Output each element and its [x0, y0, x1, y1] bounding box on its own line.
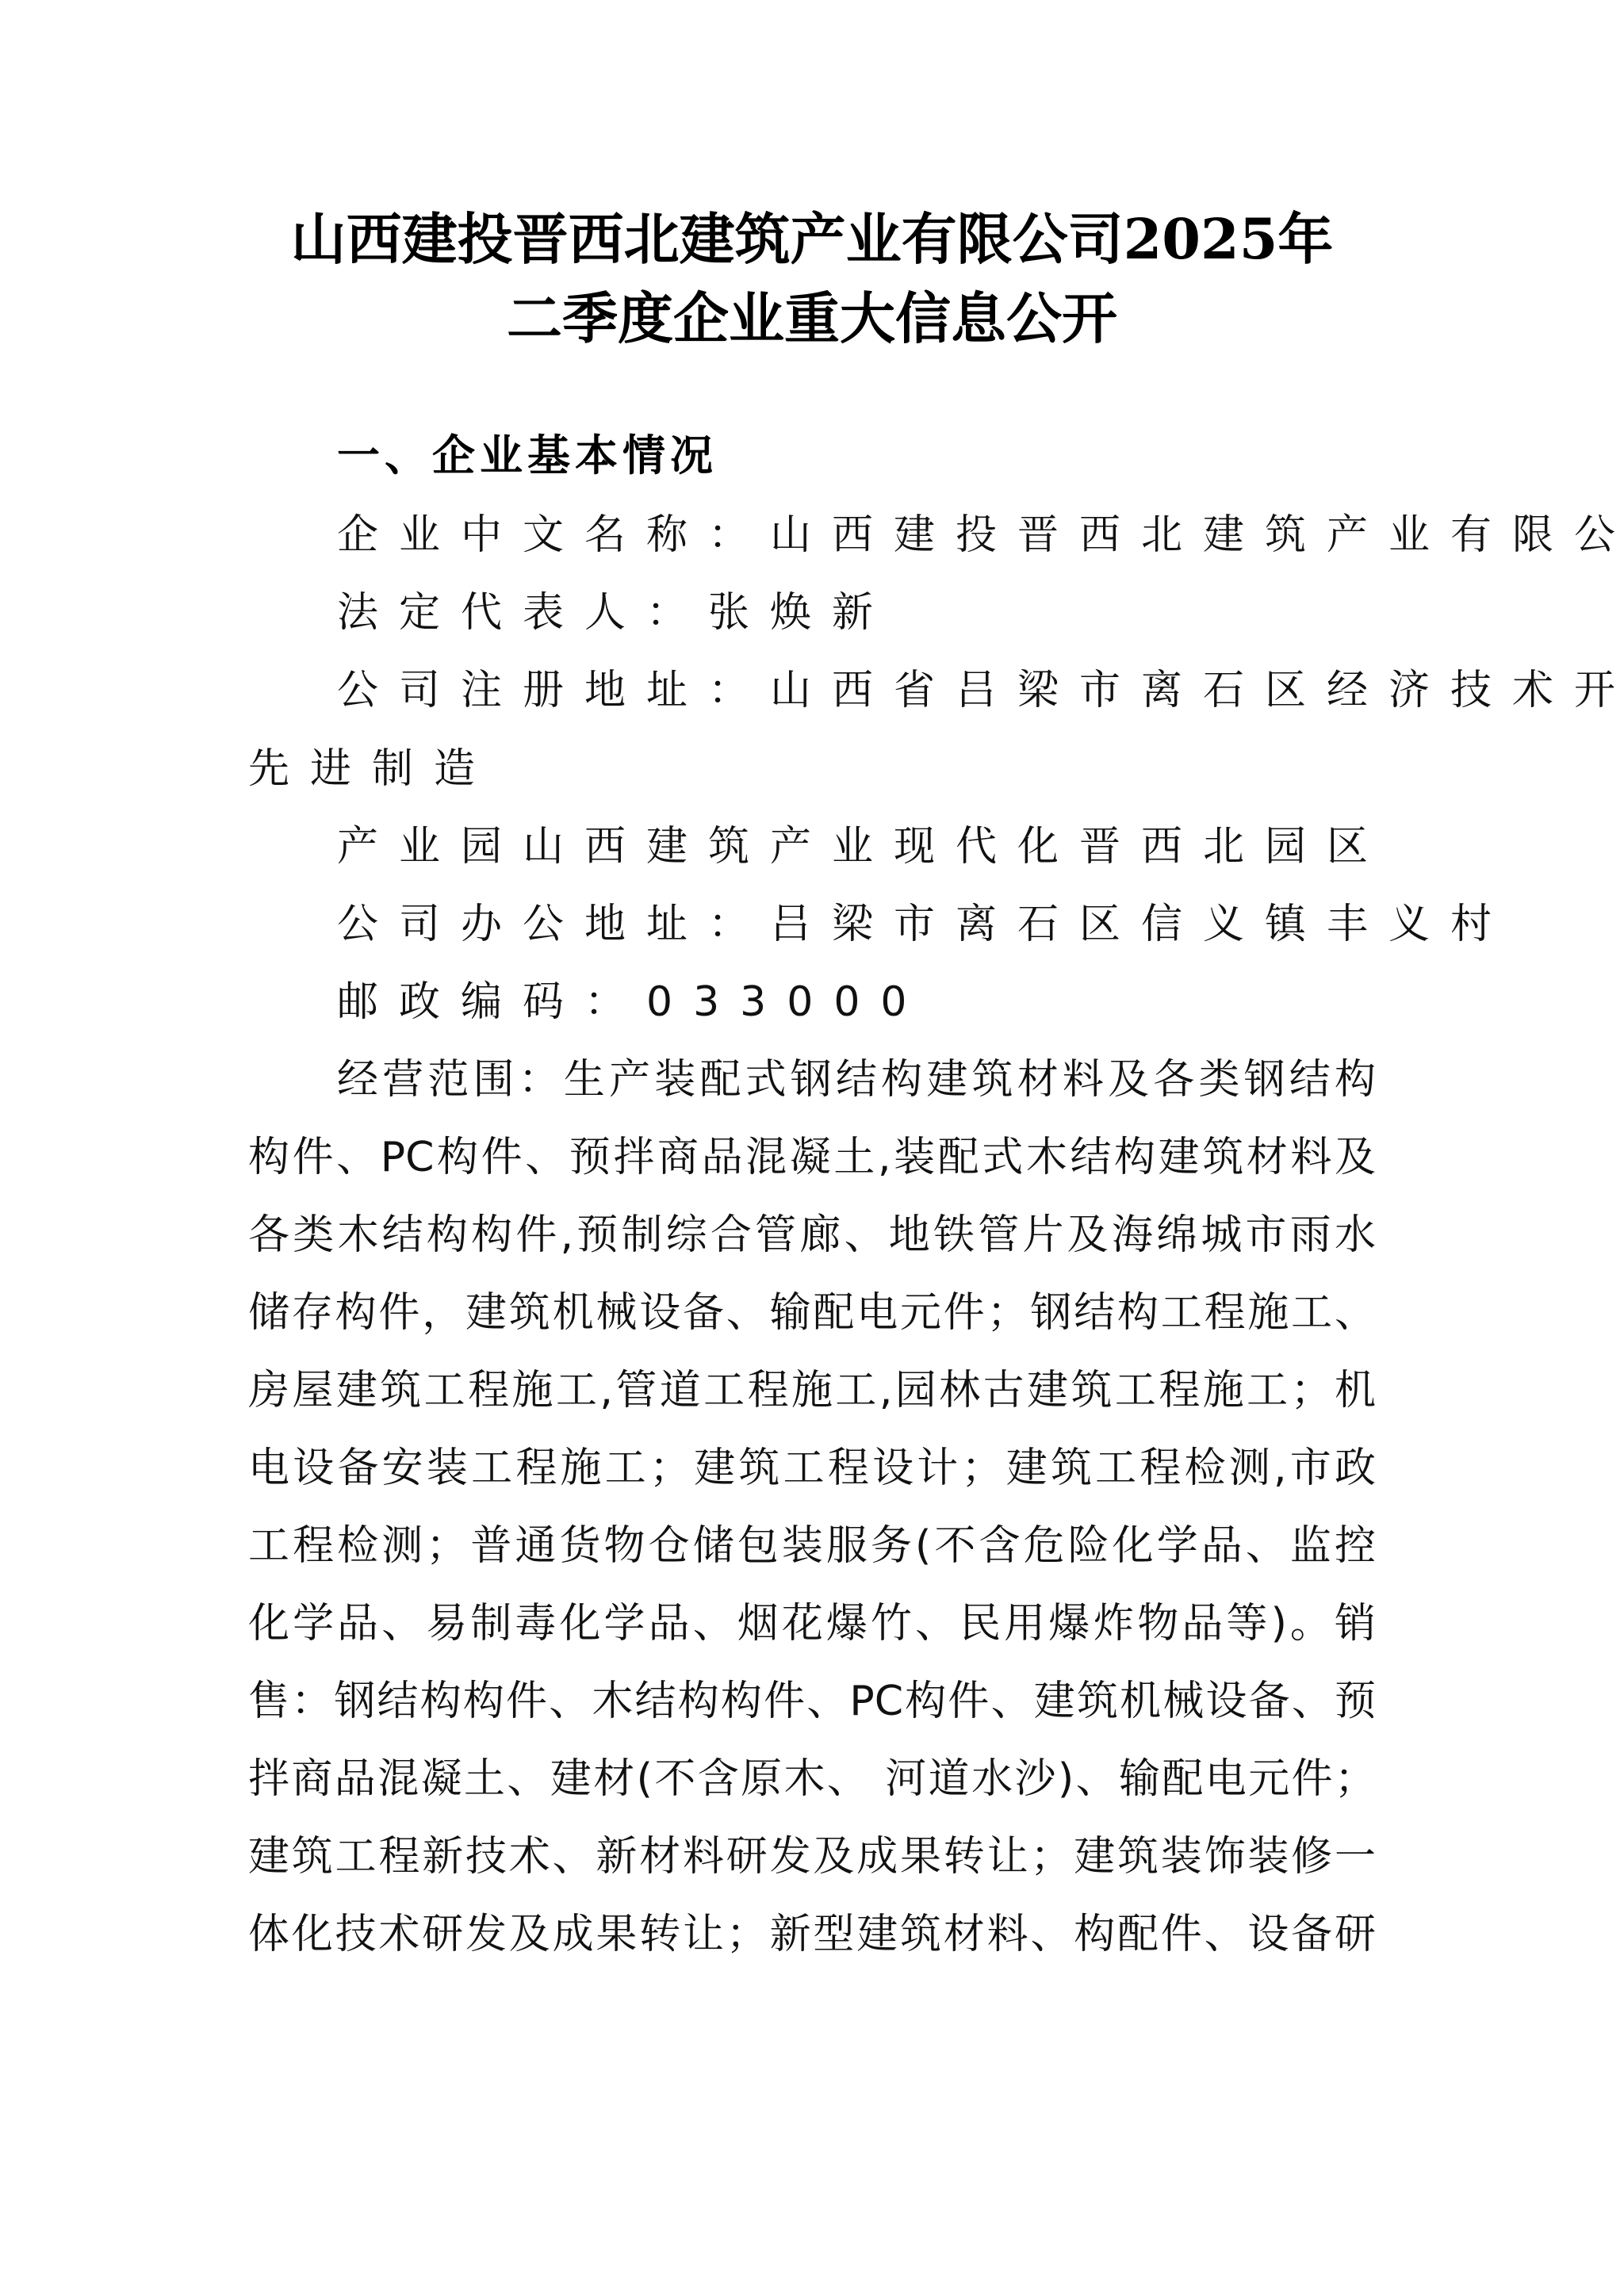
legal-representative-line: 法定代表人：张焕新: [337, 574, 894, 652]
business-scope-line: 售：钢结构构件、木结构构件、PC构件、建筑机械设备、预: [248, 1663, 1376, 1740]
registered-address-line-1: 公司注册地址：山西省吕梁市离石区经济技术开发区: [337, 652, 1624, 729]
document-title-line-1: 山西建投晋西北建筑产业有限公司2025年: [0, 200, 1624, 279]
business-scope-line: 化学品、易制毒化学品、烟花爆竹、民用爆炸物品等)。销: [248, 1585, 1376, 1663]
section-heading-basic-info: 一、企业基本情况: [337, 417, 718, 495]
office-address-line: 公司办公地址：吕梁市离石区信义镇丰义村: [337, 886, 1512, 963]
registered-address-line-2: 先进制造: [248, 730, 496, 808]
business-scope-line: 建筑工程新技术、新材料研发及成果转让；建筑装饰装修一: [248, 1818, 1376, 1896]
business-scope-line: 体化技术研发及成果转让；新型建筑材料、构配件、设备研: [248, 1896, 1376, 1973]
business-scope-line: 工程检测；普通货物仓储包装服务(不含危险化学品、监控: [248, 1507, 1376, 1585]
business-scope-line: 房屋建筑工程施工,管道工程施工,园林古建筑工程施工；机: [248, 1352, 1376, 1429]
business-scope-line: 各类木结构构件,预制综合管廊、地铁管片及海绵城市雨水: [248, 1196, 1376, 1274]
business-scope-line: 电设备安装工程施工；建筑工程设计；建筑工程检测,市政: [248, 1429, 1376, 1507]
company-name-line: 企业中文名称：山西建投晋西北建筑产业有限公司: [337, 496, 1624, 574]
business-scope-line: 经营范围：生产装配式钢结构建筑材料及各类钢结构: [337, 1041, 1376, 1119]
postal-code-line: 邮政编码：033000: [337, 963, 928, 1041]
business-scope-line: 构件、PC构件、预拌商品混凝土,装配式木结构建筑材料及: [248, 1119, 1376, 1196]
document-page: 山西建投晋西北建筑产业有限公司2025年 二季度企业重大信息公开 一、企业基本情…: [0, 0, 1624, 2296]
business-scope-line: 拌商品混凝土、建材(不含原木、 河道水沙)、输配电元件；: [248, 1740, 1376, 1818]
business-scope-line: 储存构件，建筑机械设备、输配电元件；钢结构工程施工、: [248, 1274, 1376, 1352]
document-title-line-2: 二季度企业重大信息公开: [0, 279, 1624, 358]
registered-address-line-3: 产业园山西建筑产业现代化晋西北园区: [337, 808, 1388, 886]
